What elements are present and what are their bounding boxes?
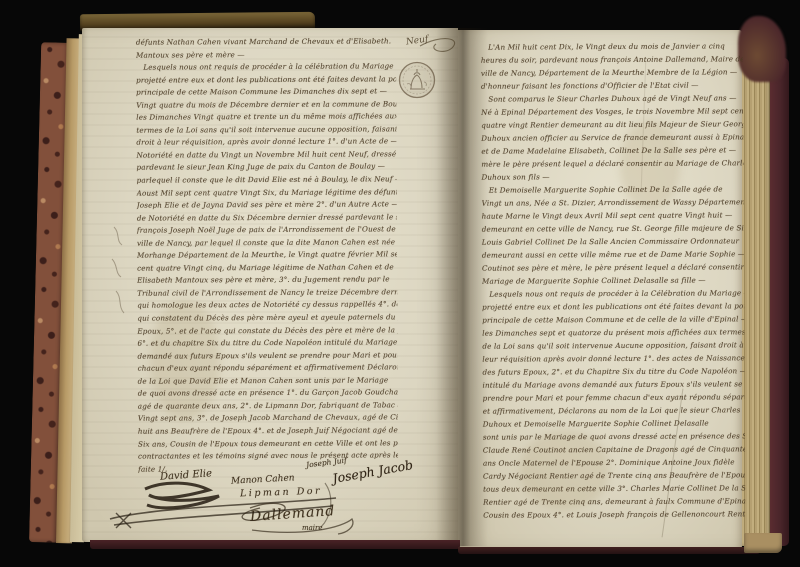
manuscript-line: contractantes et les témoins signé avec …	[138, 449, 398, 463]
manuscript-line: françois Joseph Noël Juge de paix de l'A…	[137, 224, 397, 238]
margin-paraph-marks	[106, 225, 142, 317]
manuscript-line: Vingt un ans, Née a St. Dizier, Arrondis…	[482, 195, 744, 209]
manuscript-line: parlequel il conste que le dit David Eli…	[137, 173, 397, 187]
manuscript-line: les Dimanches Vingt quatre et trente un …	[136, 111, 396, 125]
manuscript-line: Joseph Elie et de Jayna David ses père e…	[137, 198, 397, 212]
manuscript-line: Lesquels nous ont requis de procéder à l…	[136, 60, 396, 74]
manuscript-line: 6°. et du chapitre Six du titre du Code …	[137, 336, 397, 350]
signature-ink-flourishes	[100, 475, 390, 545]
notarial-stamp-icon	[397, 58, 439, 104]
cover-corner	[738, 16, 786, 82]
right-cover-edge	[770, 58, 789, 546]
left-page-manuscript-text: défunts Nathan Cahen vivant Marchand de …	[136, 35, 398, 475]
manuscript-line: principale de cette Maison Commune les D…	[136, 86, 396, 100]
manuscript-line: mère le père présent lequel a déclaré co…	[481, 156, 743, 170]
manuscript-line: Morhange Département de la Meurthe, le V…	[137, 249, 397, 263]
manuscript-line: Cousin des Epoux 4°. et Louis Joseph fra…	[483, 507, 745, 521]
manuscript-line: huit ans Beaufrère de l'Epoux 4°. et de …	[138, 424, 398, 438]
manuscript-line: chacun d'eux ayant répondu séparément et…	[138, 362, 398, 376]
manuscript-line: qui constatent du Décès des père mère ay…	[137, 311, 397, 325]
manuscript-line: défunts Nathan Cahen vivant Marchand de …	[136, 35, 396, 49]
bottom-cover-edge-right	[458, 547, 760, 554]
register-scan: défunts Nathan Cahen vivant Marchand de …	[0, 0, 800, 567]
page-block-corner	[744, 533, 782, 553]
manuscript-line: ville de Nancy, Département de la Meurth…	[481, 65, 743, 79]
right-page-stack-edge	[742, 40, 772, 546]
manuscript-line: de quoi avons dressé acte en présence 1°…	[138, 387, 398, 401]
right-page-manuscript-text: L'An Mil huit cent Dix, le Vingt deux du…	[481, 39, 746, 521]
